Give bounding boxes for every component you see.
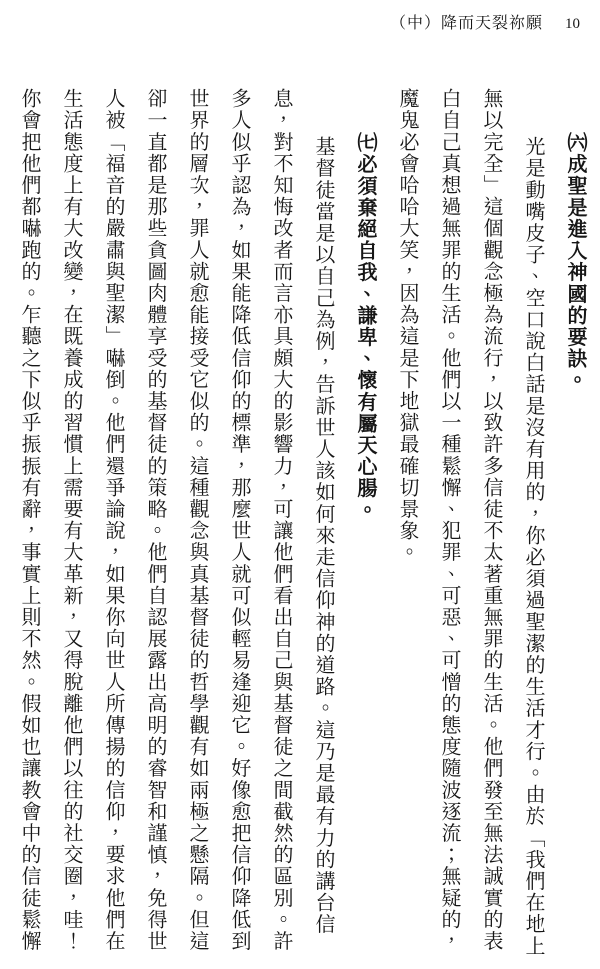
page-number: 10 [565,16,580,33]
section-heading: ㈦必須棄絕自我、謙卑、懷有屬天心腸。 [344,88,386,964]
text-column: 你會把他們都嚇跑的。乍聽之下似乎振振有辭，事實上則不然。假如也讓教會中的信徒鬆懈 [8,88,50,964]
text-column: 卻一直都是那些貪圖肉體享受的基督徒的策略。他們自認展露出高明的睿智和謹慎，免得世 [134,88,176,964]
text-column: 人被「福音的嚴肅與聖潔」嚇倒。他們還爭論說，如果你向世人所傳揚的信仰，要求他們在 [92,88,134,964]
text-column: 多人似乎認為，如果能降低信仰的標準，那麼世人就可似輕易逢迎它。好像愈把信仰降低到 [218,88,260,964]
book-page: （中）降而天裂祢願 10 ㈥成聖是進入神國的要訣。光是動嘴皮子、空口說白話是沒有… [0,0,600,969]
text-column: 無以完全」這個觀念極為流行，以致許多信徒不太著重無罪的生活。他們發至無法誠實的表 [470,88,512,964]
text-column: 世界的層次，罪人就愈能接受它似的。這種觀念與真基督徒的哲學觀有如兩極之懸隔。但這 [176,88,218,964]
page-body: ㈥成聖是進入神國的要訣。光是動嘴皮子、空口說白話是沒有用的，你必須過聖潔的生活才… [8,88,596,964]
page-header: （中）降而天裂祢願 10 [390,10,580,33]
text-column: 息，對不知悔改者而言亦具頗大的影響力，可讓他們看出自己與基督徒之間截然的區別。許 [260,88,302,964]
text-column: 基督徒當是以自己為例，告訴世人該如何來走信仰神的道路。這乃是最有力的講台信 [302,88,344,964]
text-column: 白自己真想過無罪的生活。他們以一種鬆懈、犯罪、可惡、可憎的態度隨波逐流；無疑的， [428,88,470,964]
section-heading: ㈥成聖是進入神國的要訣。 [554,88,596,964]
text-column: 魔鬼必會哈哈大笑，因為這是下地獄最確切景象。 [386,88,428,964]
text-column: 生活態度上有大改變，在既養成的習慣上需要有大革新，又得脫離他們以往的社交圈，哇！ [50,88,92,964]
text-column: 光是動嘴皮子、空口說白話是沒有用的，你必須過聖潔的生活才行。由於「我們在地上 [512,88,554,964]
running-title: （中）降而天裂祢願 [390,10,543,33]
